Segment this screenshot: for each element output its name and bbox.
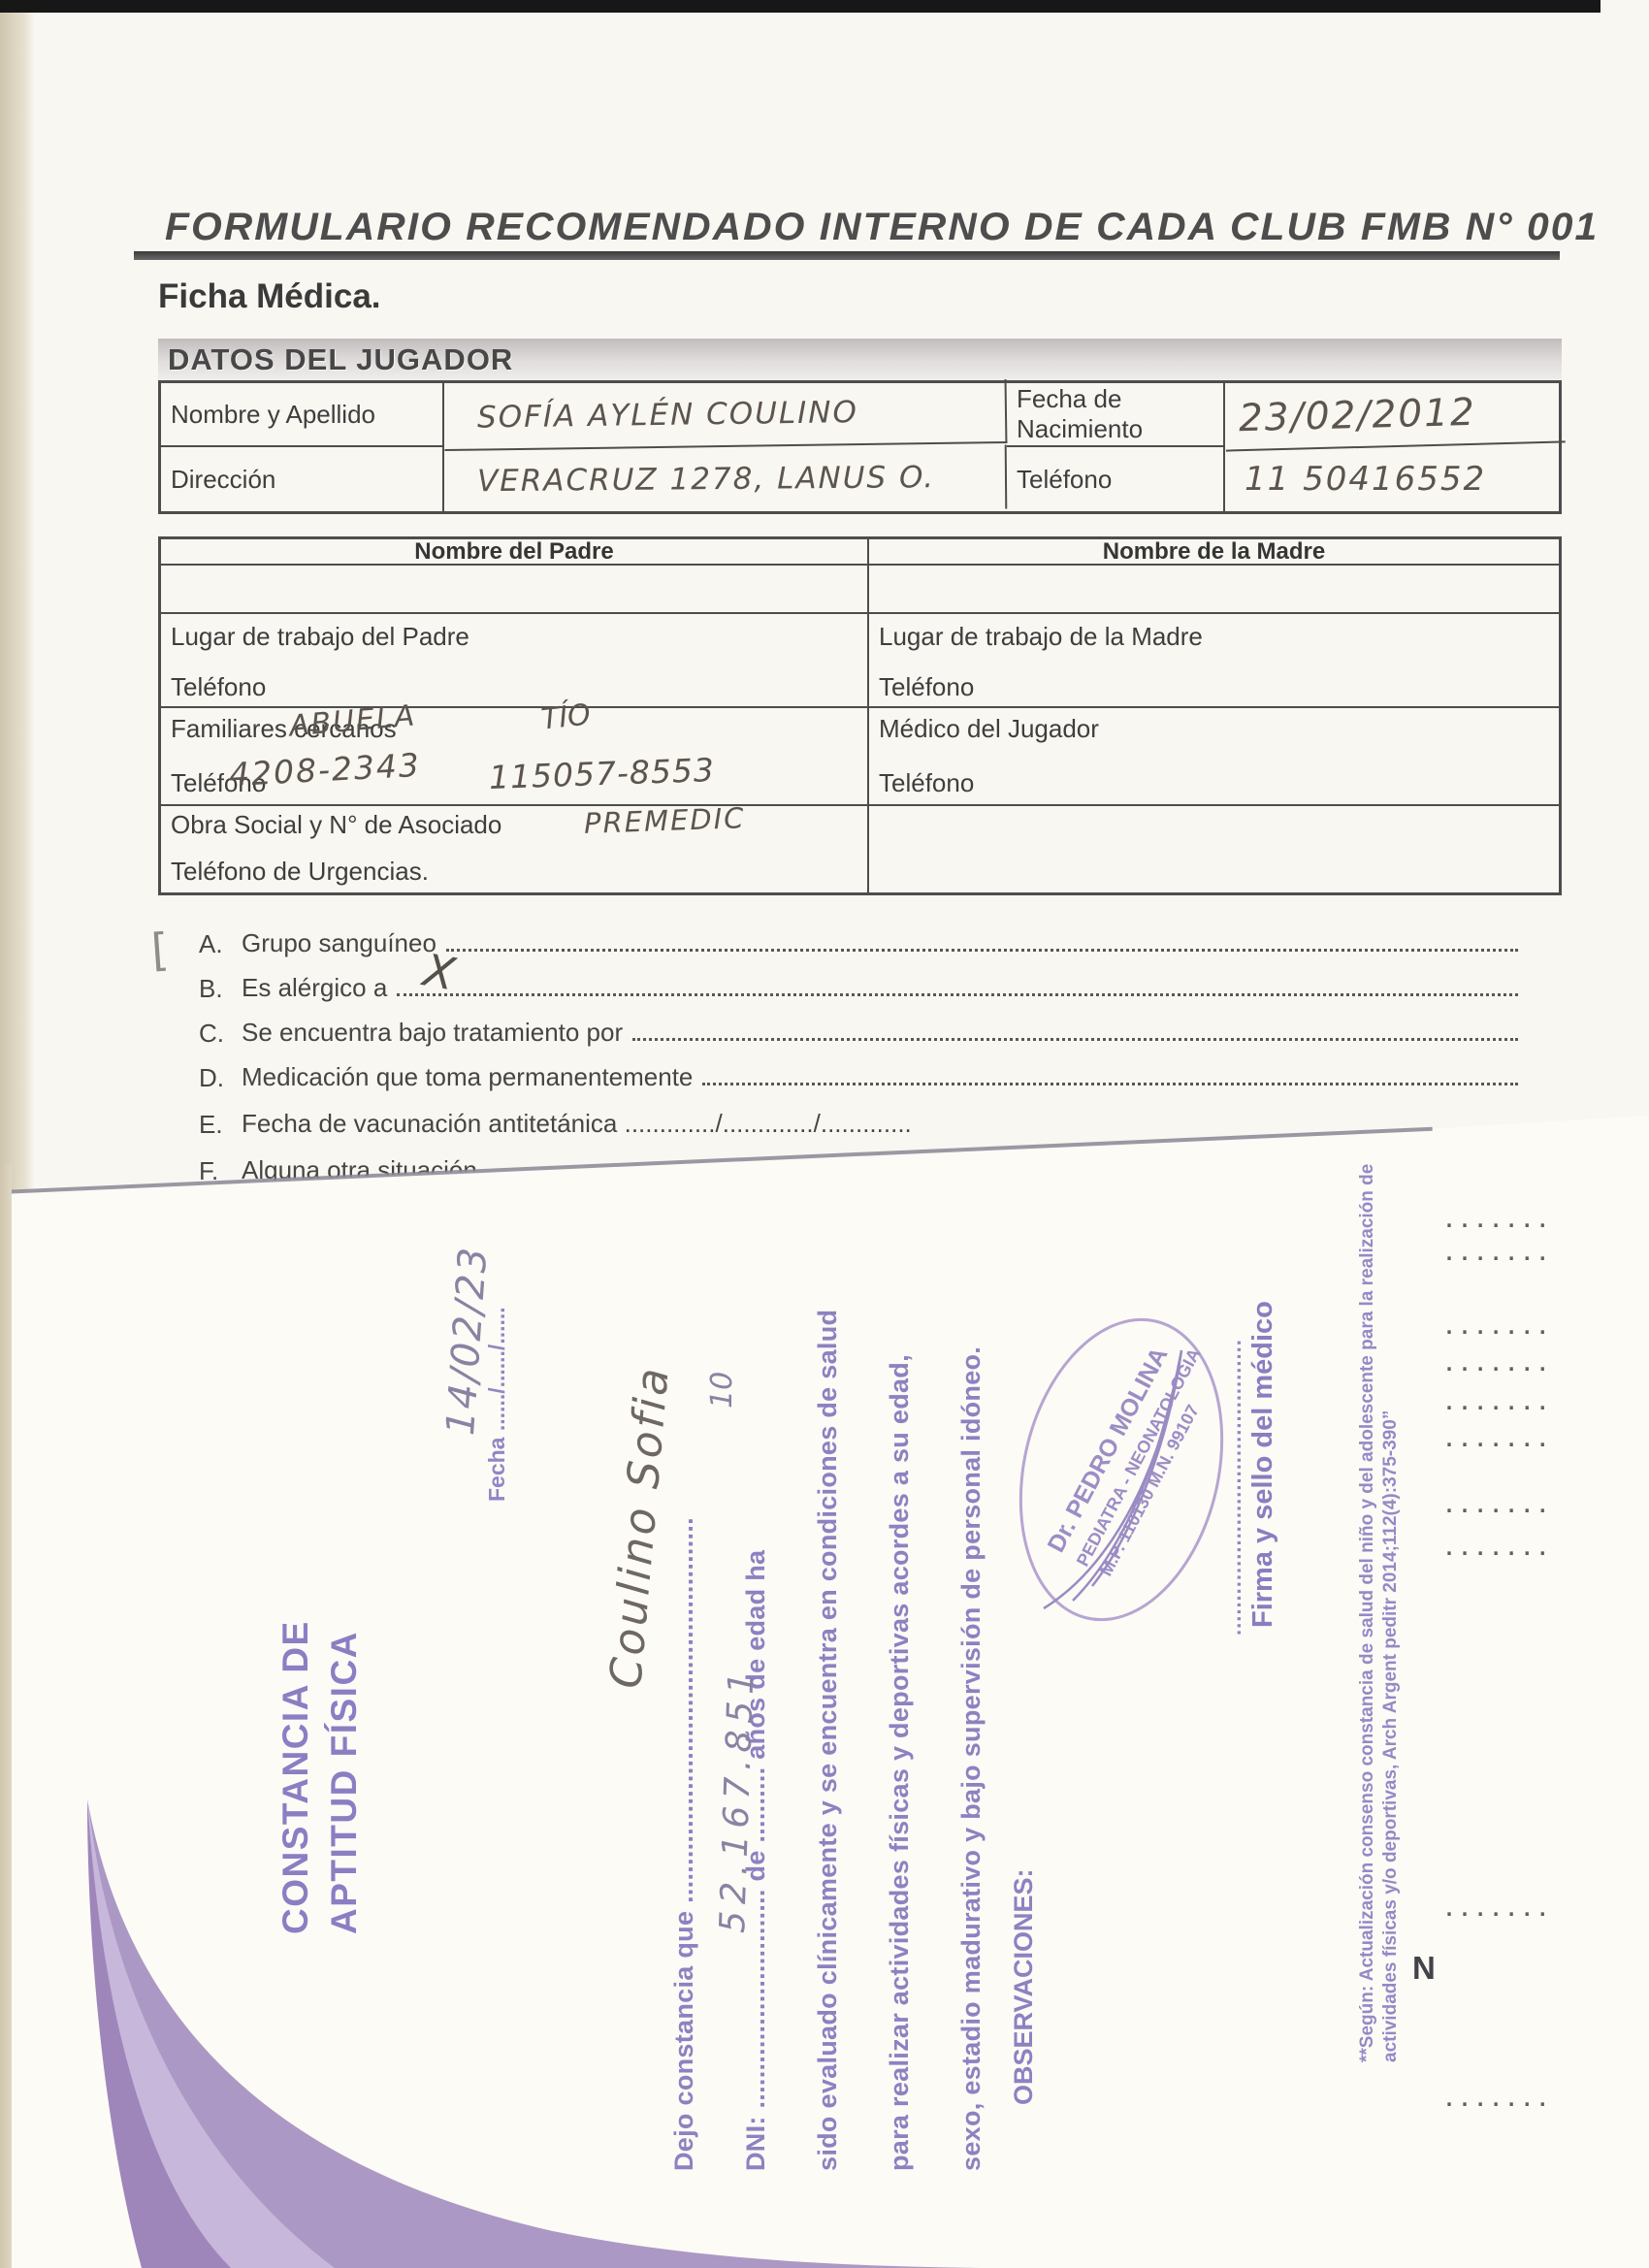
mother-name-cell [869, 566, 1559, 614]
mother-header: Nombre de la Madre [869, 539, 1559, 566]
family-table: Nombre del Padre Nombre de la Madre Luga… [158, 536, 1562, 895]
insurance-cell: Obra Social y N° de Asociado PREMEDIC Te… [161, 806, 869, 892]
question-letter: D. [199, 1063, 242, 1093]
question-row: A. Grupo sanguíneo [199, 924, 1520, 959]
question-letter: E. [199, 1110, 242, 1140]
father-phone-label: Teléfono [171, 672, 266, 702]
insurance-value-handwritten: PREMEDIC [583, 801, 746, 840]
address-value-handwritten: VERACRUZ 1278, LANUS O. [444, 444, 1008, 513]
question-text: Fecha de vacunación antitetánica .......… [242, 1107, 912, 1140]
father-work-label: Lugar de trabajo del Padre [171, 622, 469, 652]
relatives-cell: Familiares cercanos ABUELA TÍO Teléfono … [161, 708, 869, 806]
scanned-medical-form-page: FORMULARIO RECOMENDADO INTERNO DE CADA C… [0, 0, 1649, 2268]
birthdate-value-handwritten: 23/02/2012 [1224, 378, 1566, 451]
phone-label: Teléfono [1007, 447, 1225, 511]
dotted-line [397, 993, 1518, 996]
relative-phone-1-handwritten: 4208-2343 [228, 746, 422, 794]
title-underline [134, 251, 1560, 260]
dotted-line [702, 1083, 1518, 1085]
question-letter: A. [199, 929, 242, 959]
mother-work-cell: Lugar de trabajo de la Madre Teléfono [869, 614, 1559, 708]
form-subtitle: Ficha Médica. [158, 277, 381, 316]
question-letter: B. [199, 974, 242, 1004]
form-title: FORMULARIO RECOMENDADO INTERNO DE CADA C… [165, 206, 1599, 248]
question-row: B. Es alérgico a X [199, 969, 1520, 1004]
scan-edge-left-lower [0, 1164, 12, 2268]
birthdate-label: Fecha de Nacimiento [1007, 383, 1225, 447]
relative-phone-2-handwritten: 115057-8553 [488, 751, 715, 796]
section-header-datos-del-jugador: DATOS DEL JUGADOR [158, 339, 1562, 380]
question-letter: C. [199, 1019, 242, 1049]
father-name-cell [161, 566, 869, 614]
mother-work-label: Lugar de trabajo de la Madre [879, 622, 1203, 652]
mother-phone-label: Teléfono [879, 672, 974, 702]
stray-pencil-bracket: [ [149, 923, 171, 976]
father-work-cell: Lugar de trabajo del Padre Teléfono [161, 614, 869, 708]
question-row: C. Se encuentra bajo tratamiento por [199, 1014, 1520, 1049]
question-row: D. Medicación que toma permanentemente [199, 1058, 1520, 1093]
father-header: Nombre del Padre [161, 539, 869, 566]
name-label: Nombre y Apellido [161, 383, 444, 447]
phone-value-handwritten: 11 50416552 [1225, 447, 1565, 511]
player-table: Nombre y Apellido SOFÍA AYLÉN COULINO Fe… [158, 380, 1562, 514]
question-text: Se encuentra bajo tratamiento por [242, 1016, 623, 1049]
question-text: Medicación que toma permanentemente [242, 1060, 693, 1093]
certificate-corner-swoosh [48, 1790, 1018, 2268]
relative-2-handwritten: TÍO [539, 697, 592, 736]
question-text: Es alérgico a [242, 971, 387, 1004]
dotted-line [632, 1038, 1518, 1041]
insurance-cell-right [869, 806, 1559, 892]
doctor-label: Médico del Jugador [879, 714, 1099, 744]
address-label: Dirección [161, 447, 444, 511]
insurance-label: Obra Social y N° de Asociado [171, 810, 501, 840]
question-text: Grupo sanguíneo [242, 926, 436, 959]
name-value-handwritten: SOFÍA AYLÉN COULINO [444, 379, 1008, 451]
doctor-cell: Médico del Jugador Teléfono [869, 708, 1559, 806]
dotted-line [446, 949, 1518, 952]
emergency-phone-label: Teléfono de Urgencias. [171, 857, 429, 887]
scan-edge-top [0, 0, 1600, 13]
doctor-phone-label: Teléfono [879, 768, 974, 798]
